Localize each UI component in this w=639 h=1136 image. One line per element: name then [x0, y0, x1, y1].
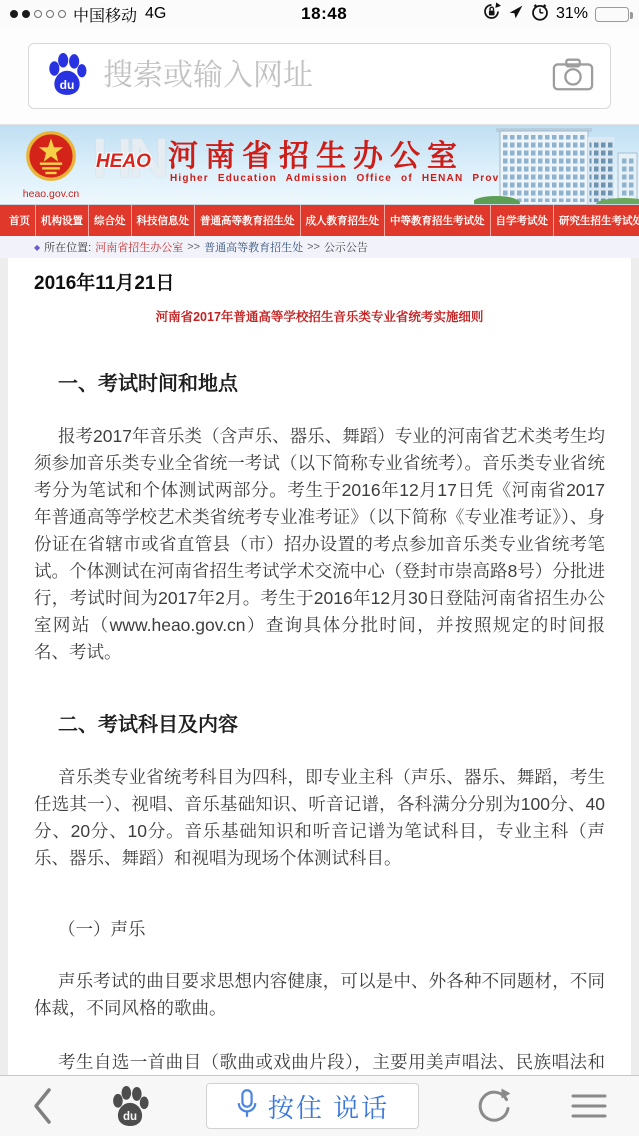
baidu-home-button[interactable]: du — [109, 1085, 151, 1127]
breadcrumb-separator: >> — [187, 241, 200, 253]
location-arrow-icon — [508, 4, 524, 25]
breadcrumb-prefix: 所在位置: — [44, 239, 91, 255]
article-content: 2016年11月21日 河南省2017年普通高等学校招生音乐类专业省统考实施细则… — [0, 258, 639, 1075]
refresh-button[interactable] — [474, 1086, 514, 1126]
nav-item-self-study[interactable]: 自学考试处 — [491, 205, 555, 236]
alarm-clock-icon — [531, 3, 549, 26]
subsection-heading-vocal: （一）声乐 — [34, 916, 605, 941]
breadcrumb-separator: >> — [307, 241, 320, 253]
nav-item-tech-info[interactable]: 科技信息处 — [132, 205, 196, 236]
back-button[interactable] — [30, 1086, 54, 1126]
svg-text:du: du — [123, 1111, 137, 1123]
breadcrumb: ◆ 所在位置: 河南省招生办公室 >> 普通高等教育招生处 >> 公示公告 — [0, 236, 639, 258]
vocal-paragraph-1: 声乐考试的曲目要求思想内容健康，可以是中、外各种不同题材，不同体裁，不同风格的歌… — [34, 968, 605, 1022]
signal-strength-icon — [10, 10, 66, 18]
clock-time: 18:48 — [166, 4, 482, 24]
breadcrumb-link-home[interactable]: 河南省招生办公室 — [95, 239, 183, 255]
nav-item-org[interactable]: 机构设置 — [36, 205, 89, 236]
search-bar[interactable]: du — [28, 43, 611, 109]
site-header-banner: heao.gov.cn HN HEAO 河南省招生办公室 Higher Educ… — [0, 125, 639, 205]
battery-icon — [595, 7, 629, 22]
breadcrumb-current: 公示公告 — [324, 239, 368, 255]
site-subtitle: Higher Education Admission Office of HEN… — [170, 173, 524, 184]
menu-button[interactable] — [569, 1091, 609, 1121]
voice-search-button[interactable]: 按住 说话 — [206, 1083, 419, 1129]
carrier-label: 中国移动 — [73, 3, 137, 26]
microphone-icon — [236, 1088, 258, 1125]
status-bar: 中国移动 4G 18:48 31% — [0, 0, 639, 28]
baidu-logo-icon[interactable]: du — [45, 52, 89, 101]
network-type-label: 4G — [145, 5, 166, 23]
camera-icon[interactable] — [552, 56, 594, 97]
national-emblem-icon — [25, 169, 77, 186]
nav-item-secondary-ed[interactable]: 中等教育招生考试处 — [385, 205, 491, 236]
site-domain-label: heao.gov.cn — [16, 188, 86, 200]
screen: 中国移动 4G 18:48 31% — [0, 0, 639, 1136]
vocal-paragraph-2: 考生自选一首曲目（歌曲或戏曲片段），主要用美声唱法、民族唱法和通俗唱法演唱考试（… — [34, 1049, 605, 1075]
nav-item-graduate[interactable]: 研究生招生考试处 — [554, 205, 639, 236]
section-1-paragraph: 报考2017年音乐类（含声乐、器乐、舞蹈）专业的河南省艺术类考生均须参加音乐类专… — [34, 423, 605, 666]
article-date: 2016年11月21日 — [34, 268, 605, 295]
nav-item-general[interactable]: 综合处 — [89, 205, 132, 236]
nav-item-home[interactable]: 首页 — [4, 205, 36, 236]
breadcrumb-link-section[interactable]: 普通高等教育招生处 — [204, 239, 303, 255]
section-heading-2: 二、考试科目及内容 — [58, 708, 605, 737]
voice-button-label: 按住 说话 — [268, 1088, 389, 1125]
office-building-image — [474, 125, 639, 205]
site-nav-bar: 首页 机构设置 综合处 科技信息处 普通高等教育招生处 成人教育招生处 中等教育… — [0, 205, 639, 236]
article-title: 河南省2017年普通高等学校招生音乐类专业省统考实施细则 — [34, 307, 605, 325]
browser-toolbar: du 按住 说话 — [0, 1075, 639, 1136]
nav-item-higher-ed[interactable]: 普通高等教育招生处 — [195, 205, 301, 236]
browser-search-section: du — [0, 28, 639, 125]
site-title: 河南省招生办公室 — [168, 131, 464, 175]
breadcrumb-marker-icon: ◆ — [34, 243, 40, 252]
section-2-paragraph: 音乐类专业省统考科目为四科，即专业主科（声乐、器乐、舞蹈，考生任选其一）、视唱、… — [34, 764, 605, 872]
nav-item-adult-ed[interactable]: 成人教育招生处 — [301, 205, 386, 236]
battery-percent-label: 31% — [556, 5, 588, 23]
heao-script-logo: HEAO — [96, 151, 151, 173]
svg-text:du: du — [60, 77, 75, 91]
section-heading-1: 一、考试时间和地点 — [58, 367, 605, 396]
search-input[interactable] — [103, 59, 552, 93]
orientation-lock-icon — [482, 2, 501, 26]
